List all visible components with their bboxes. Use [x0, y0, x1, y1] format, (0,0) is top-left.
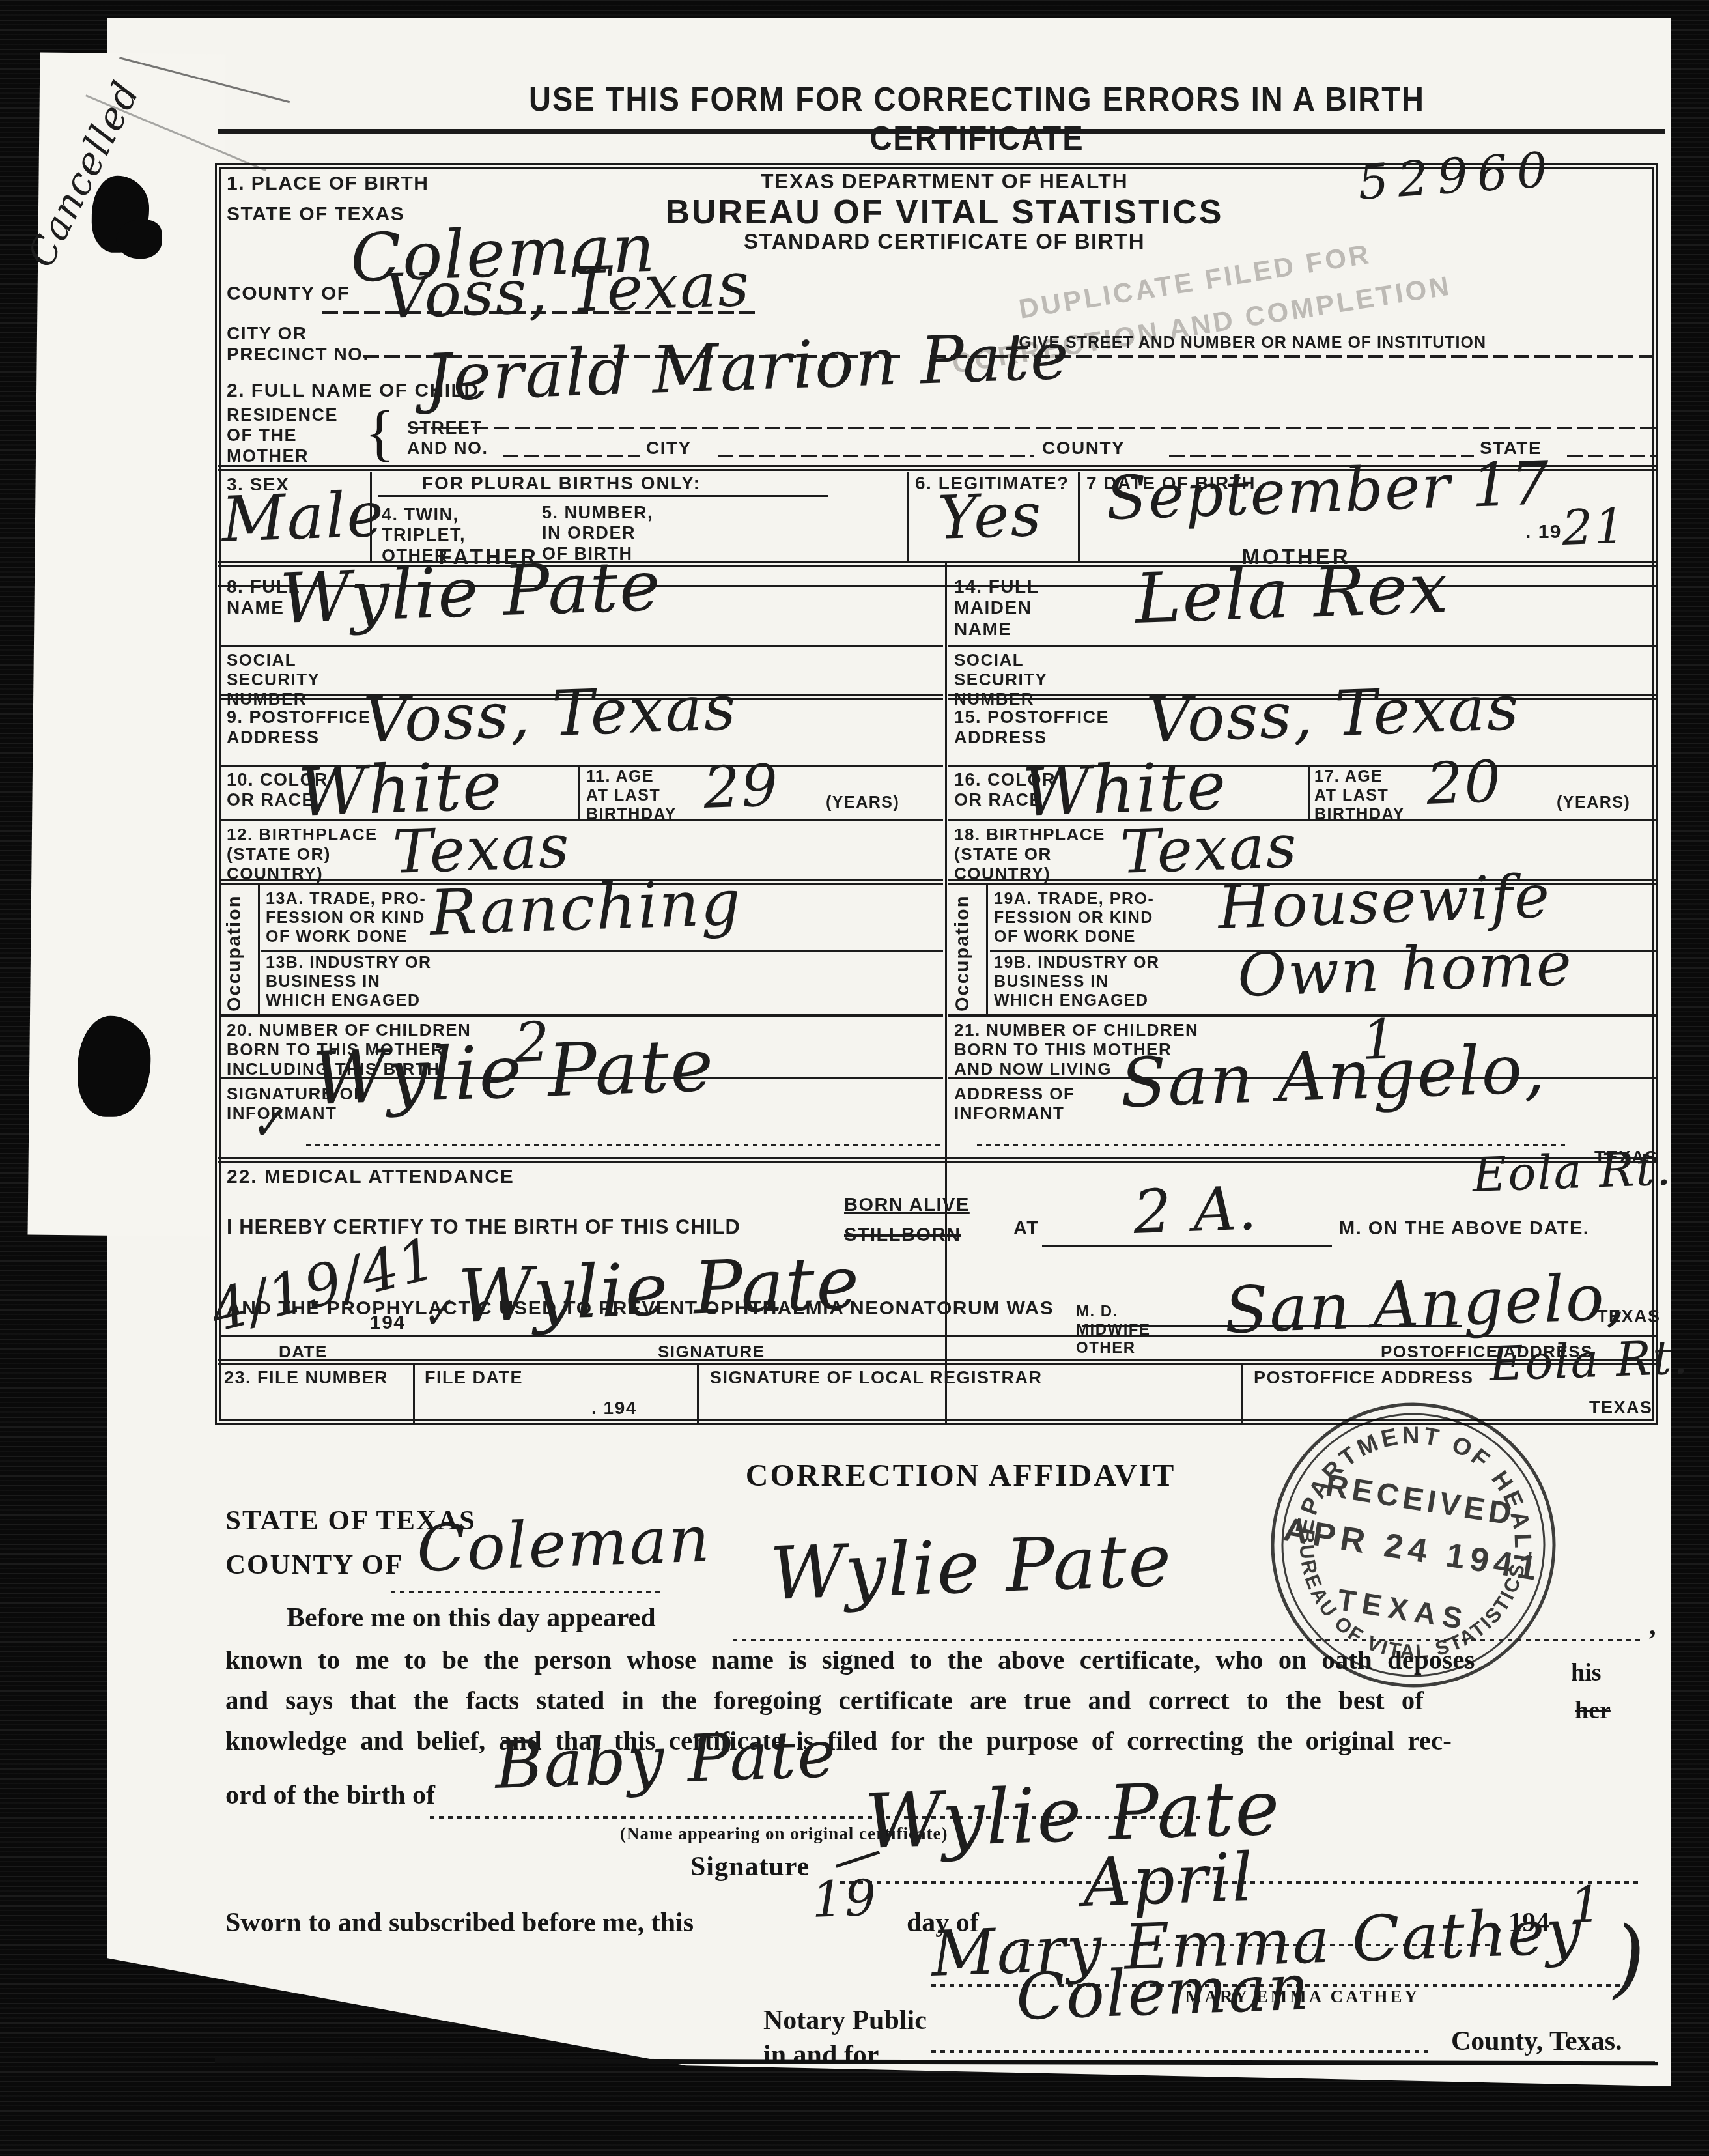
affidavit-county-label: COUNTY OF: [225, 1549, 403, 1581]
signature-label: Signature: [690, 1851, 810, 1882]
affidavit-line3: knowledge and belief, and that this cert…: [225, 1725, 1665, 1756]
dob-year-handwritten: 21: [1561, 498, 1627, 556]
registrar-year: . 194: [591, 1398, 637, 1419]
rule: [378, 495, 828, 497]
city-precinct-handwritten: Voss, Texas: [383, 249, 752, 333]
certify-text-post: M. ON THE ABOVE DATE.: [1339, 1218, 1589, 1240]
legitimate-handwritten: Yes: [937, 479, 1043, 553]
rule: [218, 1157, 1656, 1163]
rule: [948, 645, 1656, 647]
father-name-handwritten: Wylie Pate: [279, 546, 663, 639]
county-texas-label: County, Texas.: [1451, 2026, 1622, 2057]
mother-years-label: (YEARS): [1557, 793, 1630, 812]
banner-underline: [218, 129, 1665, 134]
mother-age-label: 17. AGE AT LAST BIRTHDAY: [1314, 767, 1405, 824]
father-birthplace-label: 12. BIRTHPLACE (STATE OR) COUNTRY): [227, 825, 378, 883]
rule: [1078, 472, 1080, 563]
father-occupation-side-label: Occupation: [224, 891, 246, 1012]
notary-county-line: [931, 2050, 1430, 2053]
checkmark-icon: ✓: [246, 1096, 289, 1151]
plural-births-header: FOR PLURAL BIRTHS ONLY:: [422, 473, 701, 494]
mother-occupation-side-label: Occupation: [952, 891, 974, 1012]
residence-street-line: [503, 455, 640, 457]
ink-blot: [77, 1015, 151, 1117]
ink-blot: [116, 220, 162, 259]
street-note: (GIVE STREET AND NUMBER OR NAME OF INSTI…: [1013, 333, 1486, 352]
informant-signature-line: [306, 1144, 941, 1146]
medical-attendance-label: 22. MEDICAL ATTENDANCE: [227, 1166, 515, 1189]
appeared-line: [733, 1639, 1645, 1641]
local-registrar-label: SIGNATURE OF LOCAL REGISTRAR: [710, 1368, 1043, 1388]
child-name-line: [410, 427, 1656, 429]
dept-of-health-title: TEXAS DEPARTMENT OF HEALTH: [619, 169, 1270, 193]
at-label: AT: [1013, 1218, 1039, 1240]
bureau-title: BUREAU OF VITAL STATISTICS: [606, 193, 1283, 232]
rule: [219, 645, 943, 647]
sex-handwritten: Male: [220, 477, 386, 556]
left-margin-paper-strip: Cancelled: [28, 53, 226, 1237]
place-of-birth-label: 1. PLACE OF BIRTH: [227, 173, 429, 195]
notary-flourish: ): [1611, 1907, 1648, 2007]
residence-brace: {: [365, 396, 395, 468]
rule: [948, 819, 1656, 821]
rule: [258, 883, 260, 1014]
city-precinct-label: CITY OR PRECINCT NO.: [227, 323, 369, 365]
informant-address-line: [977, 1144, 1566, 1146]
original-name-handwritten: Baby Pate: [494, 1716, 838, 1804]
rule: [218, 1359, 1656, 1365]
rule: [907, 472, 909, 563]
certify-text: I HEREBY CERTIFY TO THE BIRTH OF THIS CH…: [227, 1215, 741, 1239]
his-correction: his: [1571, 1658, 1601, 1687]
appeared-comma: ,: [1649, 1610, 1656, 1641]
printed-194: 194: [370, 1312, 406, 1335]
sworn-text: Sworn to and subscribed before me, this: [225, 1907, 694, 1938]
residence-city-line: [718, 455, 1034, 457]
stillborn-struck-text: STILLBORN: [844, 1225, 961, 1247]
residence-city-label: CITY: [646, 438, 692, 459]
father-industry-label: 13B. INDUSTRY OR BUSINESS IN WHICH ENGAG…: [266, 954, 432, 1010]
birth-of-label: ord of the birth of: [225, 1780, 435, 1811]
medical-signature-handwritten: Wylie Pate: [457, 1241, 862, 1339]
rule: [413, 1363, 415, 1424]
father-po-label: 9. POSTOFFICE ADDRESS: [227, 707, 371, 748]
mother-age-handwritten: 20: [1425, 748, 1503, 817]
father-trade-handwritten: Ranching: [429, 866, 743, 950]
rule: [1042, 1245, 1332, 1247]
dob-year-printed: . 19: [1525, 521, 1562, 544]
file-number-label: 23. FILE NUMBER: [224, 1368, 388, 1388]
residence-of-mother-label: RESIDENCE OF THE MOTHER: [227, 405, 338, 466]
mother-po-label: 15. POSTOFFICE ADDRESS: [954, 707, 1109, 748]
mother-po-handwritten: Voss, Texas: [1145, 671, 1521, 757]
mother-birthplace-label: 18. BIRTHPLACE (STATE OR COUNTRY): [954, 825, 1105, 883]
mother-name-handwritten: Lela Rex: [1134, 548, 1450, 639]
affidavit-line1: known to me to be the person whose name …: [225, 1644, 1665, 1675]
informant-signature-handwritten: Wylie Pate: [311, 1023, 716, 1122]
born-alive-text: BORN ALIVE: [844, 1195, 970, 1217]
informant-address-label: ADDRESS OF INFORMANT: [954, 1084, 1075, 1123]
residence-state-line: [1567, 455, 1656, 457]
street-and-no-label: STREET AND NO.: [407, 418, 488, 459]
rule: [945, 561, 947, 1424]
affidavit-line2: and says that the facts stated in the fo…: [225, 1684, 1665, 1716]
file-date-label: FILE DATE: [425, 1368, 523, 1388]
other-label: OTHER: [1076, 1339, 1136, 1357]
affidavit-title: CORRECTION AFFIDAVIT: [700, 1458, 1221, 1494]
mother-name-label: 14. FULL MAIDEN NAME: [954, 576, 1039, 640]
residence-county-label: COUNTY: [1042, 438, 1125, 459]
rule: [948, 1014, 1656, 1017]
medical-state-label: TEXAS: [1597, 1307, 1661, 1327]
banner-title: USE THIS FORM FOR CORRECTING ERRORS IN A…: [417, 80, 1537, 158]
rule: [697, 1363, 699, 1424]
sworn-day-handwritten: 19: [811, 1869, 879, 1929]
md-label: M. D.: [1076, 1303, 1118, 1321]
time-handwritten: 2 A.: [1132, 1173, 1259, 1247]
notary-county-handwritten: Coleman: [1015, 1950, 1312, 2035]
rule: [219, 819, 943, 821]
midwife-label: MIDWIFE: [1076, 1321, 1150, 1339]
county-of-label: COUNTY OF: [227, 283, 350, 305]
father-age-handwritten: 29: [702, 752, 780, 821]
father-age-label: 11. AGE AT LAST BIRTHDAY: [586, 767, 677, 824]
appeared-label: Before me on this day appeared: [287, 1602, 656, 1634]
affidavit-county-line: [391, 1591, 664, 1593]
informant-address-handwritten: San Angelo,: [1119, 1028, 1547, 1123]
appeared-handwritten: Wylie Pate: [769, 1518, 1174, 1617]
rule: [986, 883, 988, 1014]
father-trade-label: 13A. TRADE, PRO- FESSION OR KIND OF WORK…: [266, 890, 426, 946]
rule: [219, 1014, 943, 1017]
scanned-birth-certificate-page: Cancelled USE THIS FORM FOR CORRECTING E…: [0, 0, 1709, 2156]
mother-industry-handwritten: Own home: [1236, 929, 1574, 1010]
father-po-handwritten: Voss, Texas: [362, 671, 738, 757]
mother-trade-handwritten: Housewife: [1217, 861, 1552, 943]
father-years-label: (YEARS): [826, 793, 899, 812]
rule: [578, 765, 580, 819]
her-struck: her: [1575, 1696, 1611, 1725]
mother-trade-label: 19A. TRADE, PRO- FESSION OR KIND OF WORK…: [994, 890, 1154, 946]
affidavit-county-handwritten: Coleman: [416, 1502, 713, 1587]
mother-industry-label: 19B. INDUSTRY OR BUSINESS IN WHICH ENGAG…: [994, 954, 1160, 1010]
received-stamp: DEPARTMENT OF HEALTH BUREAU OF VITAL STA…: [1236, 1368, 1601, 1733]
rule: [261, 950, 943, 952]
rule: [1308, 765, 1310, 819]
